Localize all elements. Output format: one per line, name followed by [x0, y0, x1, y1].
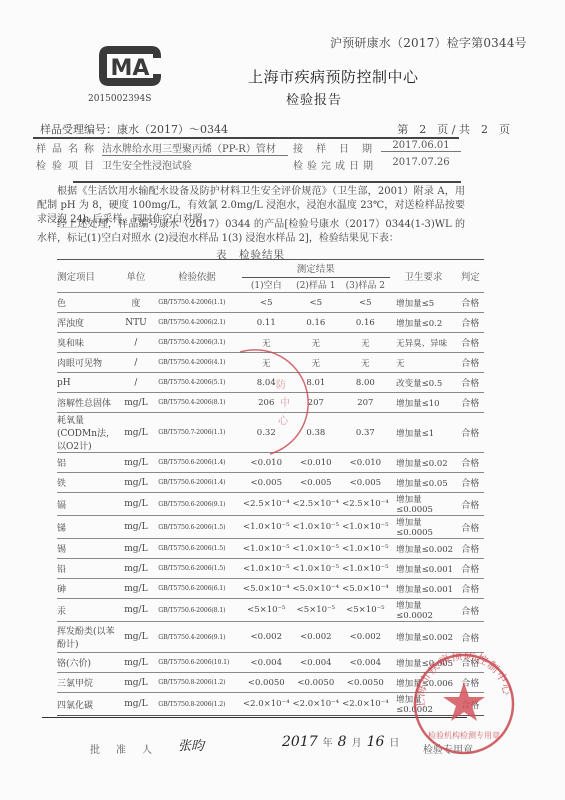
row-unit: mg/L	[120, 559, 153, 579]
row-basis: GB/T5750.4-2006(9.1)	[152, 622, 241, 653]
row-basis: GB/T5750.8-2006(1.2)	[152, 673, 241, 693]
row-unit: mg/L	[120, 473, 153, 493]
table-row: 挥发酚类(以苯酚计)mg/LGB/T5750.4-2006(9.1)<0.002…	[57, 622, 484, 653]
svg-text:防: 防	[276, 379, 286, 391]
row-requirement: 增加量≤1	[390, 413, 456, 453]
table-row: 色度GB/T5750.4-2006(1.1)<5<5<5增加量≤5合格	[57, 293, 484, 313]
row-sample1-result: <1.0×10⁻⁵	[291, 539, 341, 559]
row-judgement: 合格	[457, 539, 484, 559]
row-item: 色	[57, 293, 120, 313]
row-sample1-result: <5	[291, 293, 341, 313]
row-unit: mg/L	[120, 693, 153, 716]
approver-label: 批准人	[90, 741, 168, 756]
row-blank-result: <2.5×10⁻⁴	[242, 493, 292, 516]
row-judgement: 合格	[457, 453, 484, 473]
document-title: 检验报告	[286, 89, 342, 108]
table-row: 汞mg/LGB/T5750.6-2006(8.1)<5×10⁻⁵<5×10⁻⁵<…	[57, 599, 484, 622]
svg-text:检验机构检测专用章: 检验机构检测专用章	[428, 730, 500, 740]
sign-date: 2017年8月16日	[282, 734, 404, 750]
row-sample1-result: <2.5×10⁻⁴	[291, 493, 341, 516]
row-sample2-result: <1.0×10⁻⁵	[341, 516, 391, 539]
row-unit: mg/L	[120, 413, 153, 453]
svg-text:心: 心	[278, 415, 289, 427]
row-unit: mg/L	[120, 493, 153, 516]
row-basis: GB/T5750.6-2006(6.1)	[152, 579, 241, 599]
row-blank-result: <5×10⁻⁵	[242, 599, 292, 622]
row-item: 挥发酚类(以苯酚计)	[57, 622, 120, 653]
row-blank-result: <1.0×10⁻⁵	[242, 516, 292, 539]
row-basis: GB/T5750.6-2006(10.1)	[152, 653, 241, 673]
row-basis: GB/T5750.6-2006(1.5)	[152, 559, 241, 579]
row-sample1-result: <0.005	[291, 473, 341, 493]
row-sample1-result: <0.002	[291, 622, 341, 653]
row-item: pH	[57, 373, 120, 393]
row-unit: NTU	[120, 313, 153, 333]
row-unit: /	[120, 333, 153, 353]
row-judgement: 合格	[457, 353, 484, 373]
info-divider	[73, 181, 461, 183]
acceptance-number-line: 样品受理编号：康水（2017）～0344 第 2 页 / 共 2 页	[40, 121, 510, 137]
cma-logo-icon: MA	[95, 42, 165, 90]
header-blank: (1)空白	[242, 277, 292, 292]
row-unit: /	[120, 373, 153, 393]
row-sample2-result: <0.005	[341, 473, 391, 493]
approver-signature: 张昀	[178, 735, 204, 754]
row-unit: mg/L	[120, 453, 153, 473]
row-unit: mg/L	[120, 516, 153, 539]
row-requirement: 增加量≤0.2	[390, 313, 456, 333]
header-basis: 检验依据	[152, 260, 241, 293]
table-row: 铁mg/LGB/T5750.6-2006(1.4)<0.005<0.005<0.…	[57, 473, 484, 493]
row-item: 臭和味	[57, 333, 120, 353]
row-unit: 度	[120, 293, 153, 313]
row-judgement: 合格	[457, 413, 484, 453]
table-row: 砷mg/LGB/T5750.6-2006(6.1)<5.0×10⁻⁴<5.0×1…	[57, 579, 484, 599]
row-judgement: 合格	[457, 599, 484, 622]
row-requirement: 增加量≤0.02	[390, 453, 456, 473]
row-item: 三氯甲烷	[57, 673, 120, 693]
row-requirement: 增加量≤0.001	[390, 559, 456, 579]
test-item-value: 卫生安全性浸泡试验	[102, 157, 192, 172]
row-requirement: 增加量≤0.002	[390, 539, 456, 559]
row-sample2-result: <2.5×10⁻⁴	[341, 493, 391, 516]
row-blank-result: 0.11	[242, 313, 292, 333]
table-row: 镉mg/LGB/T5750.6-2006(9.1)<2.5×10⁻⁴<2.5×1…	[57, 493, 484, 516]
header-judgement: 判定	[457, 260, 484, 293]
report-number: 沪预研康水（2017）检字第0344号	[330, 34, 527, 51]
row-judgement: 合格	[457, 293, 484, 313]
row-blank-result: <0.002	[242, 622, 292, 653]
row-blank-result: <0.005	[242, 473, 292, 493]
row-sample2-result: <2.0×10⁻⁴	[341, 693, 391, 716]
row-sample2-result: 8.00	[341, 373, 391, 393]
row-sample1-result: 0.16	[291, 313, 341, 333]
receive-date-label: 接样日期	[293, 140, 385, 155]
row-judgement: 合格	[457, 622, 484, 653]
row-basis: GB/T5750.6-2006(1.5)	[152, 539, 241, 559]
row-sample2-result: 0.16	[341, 313, 391, 333]
sample-name-label: 样品名称	[36, 140, 100, 155]
row-item: 耗氧量(CODMn法，以O2计)	[57, 413, 120, 453]
row-requirement: 增加量≤0.0002	[390, 599, 456, 622]
row-sample2-result: <0.002	[341, 622, 391, 653]
sample-name-row: 样品名称 洁水牌给水用三型聚丙烯（PP-R）管材 接样日期 2017.06.01	[36, 140, 460, 156]
row-sample2-result: 207	[341, 393, 391, 413]
row-sample2-result: 无	[341, 353, 391, 373]
organization-name: 上海市疾病预防控制中心	[248, 66, 419, 87]
row-blank-result: <2.0×10⁻⁴	[242, 693, 292, 716]
row-blank-result: <0.004	[242, 653, 292, 673]
row-requirement: 无异臭、异味	[390, 333, 456, 353]
row-basis: GB/T5750.6-2006(1.5)	[152, 516, 241, 539]
row-unit: mg/L	[120, 579, 153, 599]
row-sample1-result: <5.0×10⁻⁴	[291, 579, 341, 599]
header-unit: 单位	[120, 260, 153, 293]
svg-text:中: 中	[280, 396, 290, 409]
result-intro-paragraph: 经上述处理，样品编号康水（2017）0344 的产品[检验号康水（2017）03…	[37, 218, 465, 246]
row-sample2-result: <0.010	[341, 453, 391, 473]
row-sample1-result: <2.0×10⁻⁴	[291, 693, 341, 716]
row-judgement: 合格	[457, 333, 484, 353]
acceptance-number-value: 康水（2017）～0344	[117, 123, 228, 136]
row-item: 汞	[57, 599, 120, 622]
row-sample1-result: <0.004	[291, 653, 341, 673]
row-judgement: 合格	[457, 579, 484, 599]
row-blank-result: <1.0×10⁻⁵	[242, 559, 292, 579]
row-unit: mg/L	[120, 673, 153, 693]
page-indicator: 第 2 页 / 共 2 页	[397, 121, 510, 137]
row-item: 镉	[57, 493, 120, 516]
row-item: 铬(六价)	[57, 653, 120, 673]
row-sample2-result: <0.0050	[341, 673, 391, 693]
signature-divider	[42, 717, 467, 718]
cma-code: 2015002394S	[88, 94, 151, 104]
row-item: 溶解性总固体	[57, 393, 120, 413]
row-requirement: 改变量≤0.5	[390, 373, 456, 393]
row-requirement: 增加量≤0.001	[390, 579, 456, 599]
row-requirement: 增加量≤0.05	[390, 473, 456, 493]
row-item: 锑	[57, 516, 120, 539]
row-requirement: 增加量≤10	[390, 393, 456, 413]
official-seal-icon: 上海市疾病预防控制中心 检验机构检测专用章	[412, 652, 516, 756]
row-judgement: 合格	[457, 393, 484, 413]
table-row: 浑浊度NTUGB/T5750.4-2006(2.1)0.110.160.16增加…	[57, 313, 484, 333]
row-requirement: 无	[390, 353, 456, 373]
row-judgement: 合格	[457, 473, 484, 493]
header-sample1: (2)样品 1	[291, 277, 341, 292]
row-unit: mg/L	[120, 653, 153, 673]
row-blank-result: <1.0×10⁻⁵	[242, 539, 292, 559]
row-item: 砷	[57, 579, 120, 599]
row-sample1-result: <0.0050	[291, 673, 341, 693]
row-sample2-result: 0.37	[341, 413, 391, 453]
header-item: 测定项目	[57, 260, 120, 293]
sign-month: 8	[338, 734, 347, 750]
sample-name-value: 洁水牌给水用三型聚丙烯（PP-R）管材	[102, 140, 288, 156]
svg-text:MA: MA	[111, 56, 150, 81]
row-requirement: 增加量≤0.002	[390, 622, 456, 653]
row-sample2-result: <1.0×10⁻⁵	[341, 539, 391, 559]
row-judgement: 合格	[457, 493, 484, 516]
row-basis: GB/T5750.8-2006(1.2)	[152, 693, 241, 716]
row-item: 铅	[57, 559, 120, 579]
receive-date-value: 2017.06.01	[381, 140, 461, 152]
row-basis: GB/T5750.6-2006(9.1)	[152, 493, 241, 516]
test-item-label: 检验项目	[36, 157, 100, 172]
row-sample1-result: <5×10⁻⁵	[291, 599, 341, 622]
row-item: 铝	[57, 453, 120, 473]
results-table: 测定项目 单位 检验依据 测定结果 卫生要求 判定 (1)空白 (2)样品 1 …	[57, 259, 484, 716]
row-sample2-result: <0.004	[341, 653, 391, 673]
acceptance-number-label: 样品受理编号：	[40, 123, 117, 136]
row-judgement: 合格	[457, 373, 484, 393]
header-divider	[33, 137, 459, 139]
row-judgement: 合格	[457, 313, 484, 333]
row-sample2-result: <1.0×10⁻⁵	[341, 559, 391, 579]
header-requirement: 卫生要求	[390, 260, 456, 293]
row-item: 锡	[57, 539, 120, 559]
header-sample2: (3)样品 2	[341, 277, 391, 292]
table-row: 锑mg/LGB/T5750.6-2006(1.5)<1.0×10⁻⁵<1.0×1…	[57, 516, 484, 539]
sign-year: 2017	[282, 734, 318, 750]
header-results: 测定结果	[242, 260, 391, 278]
row-sample2-result: <5.0×10⁻⁴	[341, 579, 391, 599]
row-item: 四氯化碳	[57, 693, 120, 716]
row-blank-result: <5.0×10⁻⁴	[242, 579, 292, 599]
row-sample1-result: <1.0×10⁻⁵	[291, 516, 341, 539]
row-sample2-result: <5×10⁻⁵	[341, 599, 391, 622]
row-unit: mg/L	[120, 599, 153, 622]
row-item: 铁	[57, 473, 120, 493]
row-unit: mg/L	[120, 539, 153, 559]
row-requirement: 增加量≤0.0005	[390, 516, 456, 539]
test-item-row: 检验项目 卫生安全性浸泡试验 检验完成日期 2017.07.26	[36, 157, 460, 173]
sign-day: 16	[367, 734, 385, 750]
row-blank-result: <5	[242, 293, 292, 313]
row-judgement: 合格	[457, 516, 484, 539]
row-sample2-result: 无	[341, 333, 391, 353]
row-sample1-result: <1.0×10⁻⁵	[291, 559, 341, 579]
complete-date-label: 检验完成日期	[293, 157, 377, 172]
row-item: 肉眼可见物	[57, 353, 120, 373]
table-row: 锡mg/LGB/T5750.6-2006(1.5)<1.0×10⁻⁵<1.0×1…	[57, 539, 484, 559]
row-requirement: 增加量≤0.0005	[390, 493, 456, 516]
table-row: 铅mg/LGB/T5750.6-2006(1.5)<1.0×10⁻⁵<1.0×1…	[57, 559, 484, 579]
complete-date-value: 2017.07.26	[381, 157, 461, 168]
seal-overlay-icon: 防 中 心	[210, 348, 320, 458]
row-requirement: 增加量≤5	[390, 293, 456, 313]
row-item: 浑浊度	[57, 313, 120, 333]
row-basis: GB/T5750.4-2006(1.1)	[152, 293, 241, 313]
row-judgement: 合格	[457, 559, 484, 579]
row-unit: mg/L	[120, 622, 153, 653]
row-basis: GB/T5750.6-2006(1.4)	[152, 473, 241, 493]
row-blank-result: <0.0050	[242, 673, 292, 693]
row-sample2-result: <5	[341, 293, 391, 313]
row-unit: mg/L	[120, 393, 153, 413]
row-basis: GB/T5750.6-2006(8.1)	[152, 599, 241, 622]
row-basis: GB/T5750.4-2006(2.1)	[152, 313, 241, 333]
row-unit: /	[120, 353, 153, 373]
